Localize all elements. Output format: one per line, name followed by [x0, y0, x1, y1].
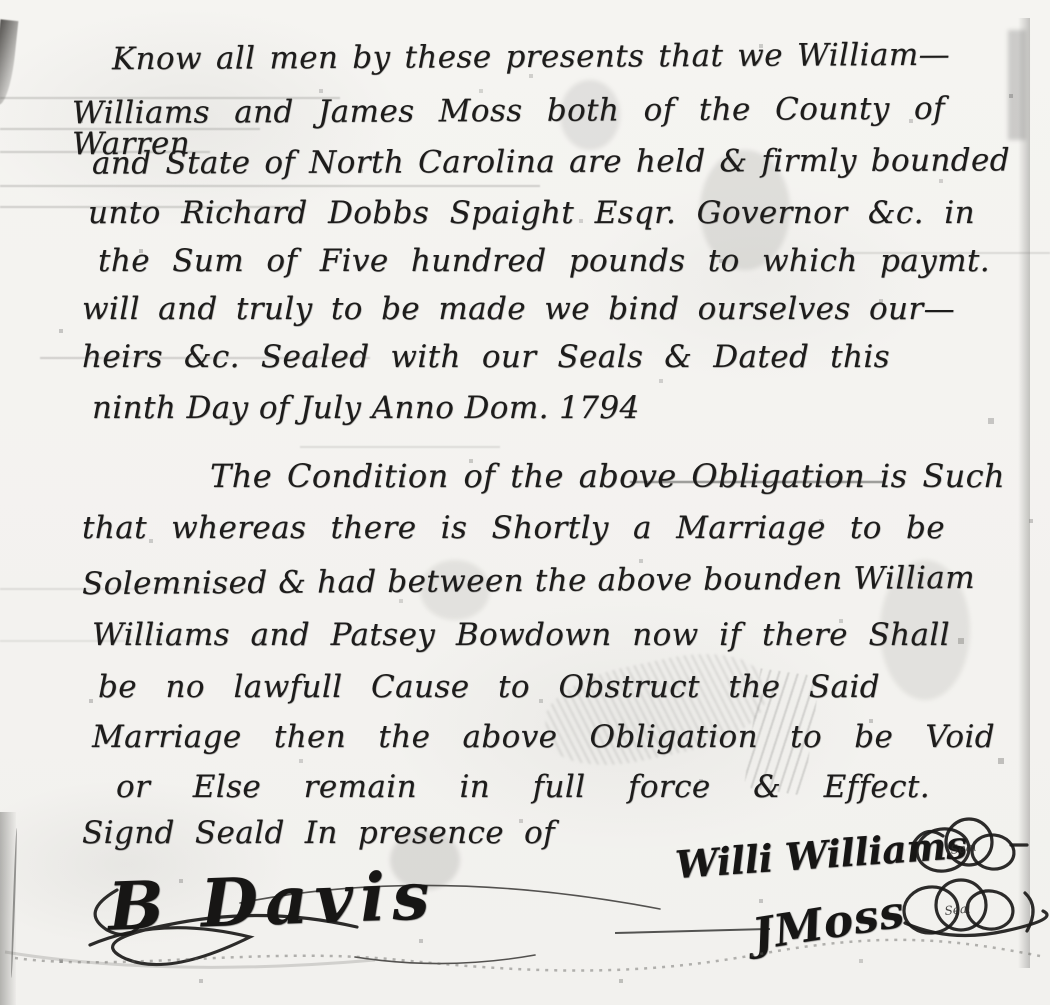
bleed-through-mark	[538, 640, 773, 779]
corner-tear-mark	[0, 19, 18, 105]
handwritten-line: heirs &c. Sealed with our Seals & Dated …	[82, 342, 890, 373]
handwritten-line: or Else remain in full force & Effect.	[116, 772, 930, 803]
handwritten-line: that whereas there is Shortly a Marriage…	[82, 513, 945, 544]
handwritten-line: Know all men by these presents that we W…	[112, 40, 950, 75]
handwritten-line: Williams and Patsey Bowdown now if there…	[92, 620, 950, 651]
handwritten-line: unto Richard Dobbs Spaight Esqr. Governo…	[88, 198, 975, 229]
handwritten-line: be no lawfull Cause to Obstruct the Said	[98, 672, 880, 703]
handwritten-line: ninth Day of July Anno Dom. 1794	[92, 390, 640, 426]
seal-label: Seal	[944, 901, 972, 918]
handwritten-line: Marriage then the above Obligation to be…	[92, 722, 995, 753]
paper-streak	[0, 185, 540, 187]
paper-streak	[300, 446, 500, 448]
handwritten-line: The Condition of the above Obligation is…	[210, 460, 1005, 492]
handwritten-line: and State of North Carolina are held & f…	[92, 145, 1010, 179]
paper-speckles	[0, 0, 2, 2]
bottom-wavy-line	[0, 930, 1050, 1000]
handwritten-line: the Sum of Five hundred pounds to which …	[98, 246, 990, 277]
document-scan: Know all men by these presents that we W…	[0, 0, 1050, 1005]
handwritten-line: Solemnised & had between the above bound…	[82, 563, 975, 600]
handwritten-line: will and truly to be made we bind oursel…	[82, 294, 955, 325]
right-edge-smudge	[1008, 30, 1026, 140]
